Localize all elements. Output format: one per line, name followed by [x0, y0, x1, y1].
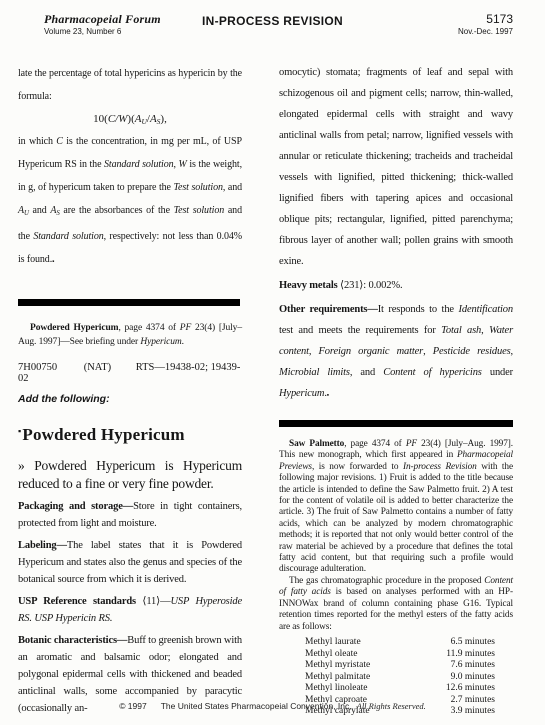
explanation-paragraph: in which C is the concentration, in mg p… [18, 130, 242, 273]
section-labeling: Labeling—The label states that it is Pow… [18, 537, 242, 588]
rights-notice: All Rights Reserved. [357, 701, 426, 711]
section-heavy-metals: Heavy metals ⟨231⟩: 0.002%. [279, 275, 513, 296]
retention-time: 11.9 minutes [413, 649, 495, 661]
retention-table-row: Methyl oleate11.9 minutes [305, 649, 495, 661]
retention-table-row: Methyl laurate6.5 minutes [305, 637, 495, 649]
status-code: (NAT) [84, 362, 111, 373]
item-code: 7H00750 [18, 362, 57, 373]
retention-time: 7.6 minutes [413, 660, 495, 672]
ester-name: Methyl myristate [305, 660, 413, 672]
page-number: 5173 [458, 13, 513, 26]
retention-table-row: Methyl palmitate9.0 minutes [305, 672, 495, 684]
continuation-paragraph: omocytic) stomata; fragments of leaf and… [279, 62, 513, 272]
issue-date: Nov.-Dec. 1997 [458, 28, 513, 37]
ester-name: Methyl linoleate [305, 683, 413, 695]
retention-time: 9.0 minutes [413, 672, 495, 684]
formula: 10(C/W)(AU/AS), [18, 113, 242, 126]
section-other-requirements: Other requirements—It responds to the Id… [279, 299, 513, 406]
volume-number: Volume 23, Number 6 [44, 28, 161, 37]
header-right: 5173 Nov.-Dec. 1997 [458, 13, 513, 37]
black-rule-divider [279, 420, 513, 427]
page-footer: © 1997The United States Pharmacopeial Co… [0, 701, 545, 711]
saw-palmetto-briefing: Saw Palmetto, page 4374 of PF 23(4) [Jul… [279, 439, 513, 576]
retention-time: 6.5 minutes [413, 637, 495, 649]
publisher: The United States Pharmacopeial Conventi… [161, 701, 352, 711]
gc-procedure-paragraph: The gas chromatographic procedure in the… [279, 576, 513, 633]
monograph-heading: ▪Powdered Hypericum [18, 425, 242, 445]
intro-paragraph: late the percentage of total hypericins … [18, 62, 242, 108]
definition-paragraph: » Powdered Hypericum is Hypericum reduce… [18, 457, 242, 493]
new-text-marker-icon: ▪ [18, 426, 21, 436]
section-packaging: Packaging and storage—Store in tight con… [18, 498, 242, 532]
ester-name: Methyl palmitate [305, 672, 413, 684]
left-column: late the percentage of total hypericins … [18, 62, 242, 717]
retention-table-row: Methyl linoleate12.6 minutes [305, 683, 495, 695]
ester-name: Methyl laurate [305, 637, 413, 649]
monograph-title: Powdered Hypericum [22, 425, 184, 444]
right-column: omocytic) stomata; fragments of leaf and… [279, 62, 513, 718]
briefing-note: Powdered Hypericum, page 4374 of PF 23(4… [18, 322, 242, 349]
section-usp-reference-standards: USP Reference standards ⟨11⟩—USP Hyperos… [18, 593, 242, 627]
document-page: Pharmacopeial Forum Volume 23, Number 6 … [0, 0, 545, 725]
copyright: © 1997 [119, 701, 147, 711]
id-line: 7H00750 (NAT) RTS—19438-02; 19439-02 [18, 362, 242, 384]
retention-time: 12.6 minutes [413, 683, 495, 695]
ester-name: Methyl oleate [305, 649, 413, 661]
black-rule-divider [18, 299, 240, 306]
add-note: Add the following: [18, 393, 242, 405]
retention-table-row: Methyl myristate7.6 minutes [305, 660, 495, 672]
